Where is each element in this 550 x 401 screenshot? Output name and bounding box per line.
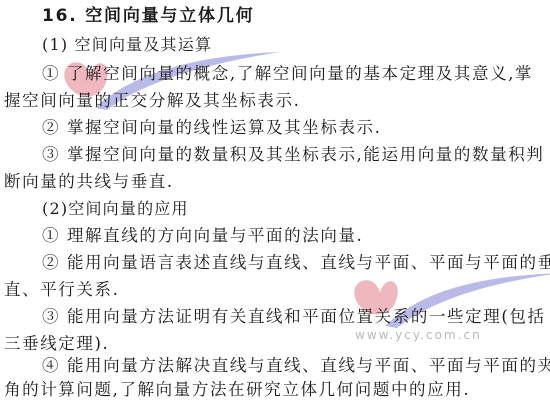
heading: 16. 空间向量与立体几何 <box>42 6 254 26</box>
watermark-url: www.ycy.com.cn <box>355 328 482 342</box>
item-2-3-line2: 三垂线定理). <box>4 334 109 354</box>
item-1-1-line2: 握空间向量的正交分解及其坐标表示. <box>4 91 300 111</box>
item-1-3-line2: 断向量的共线与垂直. <box>4 172 174 192</box>
item-2-4-line1: ④ 能用向量方法解决直线与直线、直线与平面、平面与平面的夹 <box>42 356 550 376</box>
item-2-4-line2: 角的计算问题,了解向量方法在研究立体几何问题中的应用. <box>4 380 470 400</box>
item-2-1-line1: ① 理解直线的方向向量与平面的法向量. <box>42 226 363 246</box>
item-2-2-line1: ② 能用向量语言表述直线与直线、直线与平面、平面与平面的垂 <box>42 253 550 273</box>
document-page: www.ycy.com.cn 16. 空间向量与立体几何 (1) 空间向量及其运… <box>0 0 550 401</box>
item-1-2-line1: ② 掌握空间向量的线性运算及其坐标表示. <box>42 118 382 138</box>
item-2-2-line2: 直、平行关系. <box>4 280 119 300</box>
section-title-1: (1) 空间向量及其运算 <box>42 35 212 55</box>
section-title-2: (2)空间向量的应用 <box>42 199 189 219</box>
item-1-3-line1: ③ 掌握空间向量的数量积及其坐标表示,能运用向量的数量积判 <box>42 145 544 165</box>
item-1-1-line1: ① 了解空间向量的概念,了解空间向量的基本定理及其意义,掌 <box>42 64 533 84</box>
item-2-3-line1: ③ 能用向量方法证明有关直线和平面位置关系的一些定理(包括 <box>42 307 546 327</box>
